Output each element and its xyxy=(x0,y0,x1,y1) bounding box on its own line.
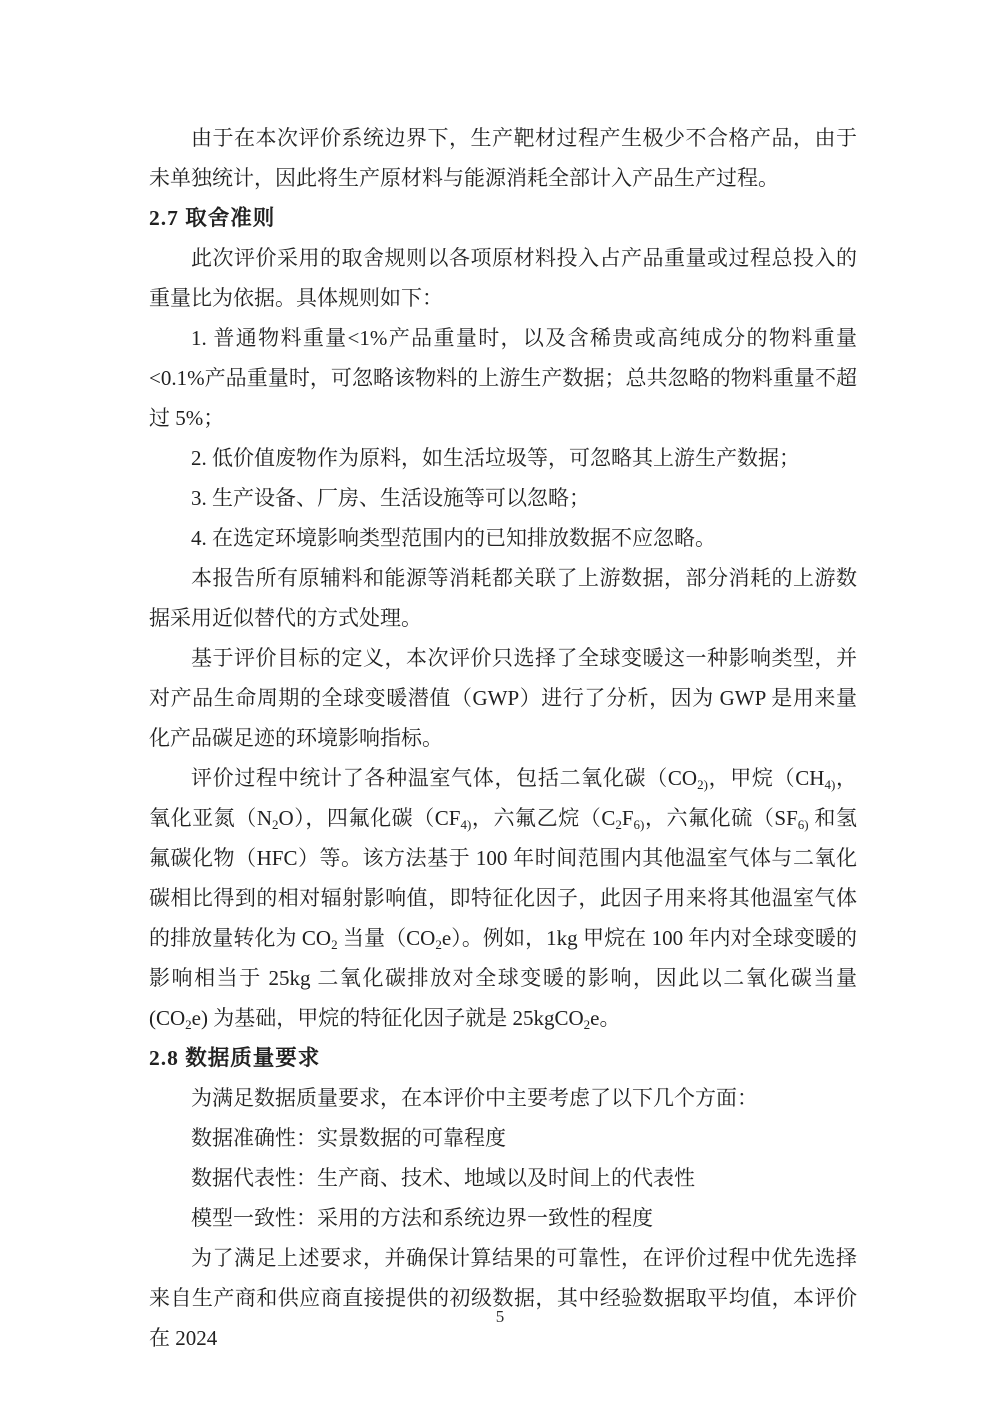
para-data-representativeness: 数据代表性：生产商、技术、地域以及时间上的代表性 xyxy=(149,1158,857,1198)
para-data-quality-intro: 为满足数据质量要求，在本评价中主要考虑了以下几个方面： xyxy=(149,1078,857,1118)
section-heading-2-8: 2.8 数据质量要求 xyxy=(149,1038,857,1078)
para-upstream-data: 本报告所有原辅料和能源等消耗都关联了上游数据，部分消耗的上游数据采用近似替代的方… xyxy=(149,558,857,638)
page-number: 5 xyxy=(0,1305,1000,1329)
chemical-subscript: 2) xyxy=(697,777,708,792)
chemical-subscript: 6) xyxy=(798,817,809,832)
document-page: 由于在本次评价系统边界下，生产靶材过程产生极少不合格产品，由于未单独统计，因此将… xyxy=(0,0,1000,1414)
para-model-consistency: 模型一致性：采用的方法和系统边界一致性的程度 xyxy=(149,1198,857,1238)
para-primary-data-preference: 为了满足上述要求，并确保计算结果的可靠性，在评价过程中优先选择来自生产商和供应商… xyxy=(149,1238,857,1358)
list-item-rule-3: 3. 生产设备、厂房、生活设施等可以忽略； xyxy=(149,478,857,518)
chemical-subscript: 2 xyxy=(615,817,622,832)
para-gwp-selection: 基于评价目标的定义，本次评价只选择了全球变暖这一种影响类型，并对产品生命周期的全… xyxy=(149,638,857,758)
chemical-subscript: 2 xyxy=(435,937,442,952)
chemical-subscript: 4) xyxy=(460,817,471,832)
chemical-subscript: 2 xyxy=(272,817,279,832)
list-item-rule-2: 2. 低价值废物作为原料，如生活垃圾等，可忽略其上游生产数据； xyxy=(149,438,857,478)
chemical-subscript: 2 xyxy=(584,1017,591,1032)
section-heading-2-7: 2.7 取舍准则 xyxy=(149,198,857,238)
chemical-subscript: 2 xyxy=(331,937,338,952)
chemical-subscript: 2 xyxy=(185,1017,192,1032)
chemical-subscript: 6) xyxy=(634,817,645,832)
document-body: 由于在本次评价系统边界下，生产靶材过程产生极少不合格产品，由于未单独统计，因此将… xyxy=(149,118,857,1358)
list-item-rule-4: 4. 在选定环境影响类型范围内的已知排放数据不应忽略。 xyxy=(149,518,857,558)
list-item-rule-1: 1. 普通物料重量<1%产品重量时，以及含稀贵或高纯成分的物料重量<0.1%产品… xyxy=(149,318,857,438)
para-cutoff-rule-basis: 此次评价采用的取舍规则以各项原材料投入占产品重量或过程总投入的重量比为依据。具体… xyxy=(149,238,857,318)
para-greenhouse-gases: 评价过程中统计了各种温室气体，包括二氧化碳（CO2)，甲烷（CH4)，氧化亚氮（… xyxy=(149,758,857,1038)
chemical-subscript: 4) xyxy=(824,777,835,792)
para-data-accuracy: 数据准确性：实景数据的可靠程度 xyxy=(149,1118,857,1158)
para-cutoff-intro-note: 由于在本次评价系统边界下，生产靶材过程产生极少不合格产品，由于未单独统计，因此将… xyxy=(149,118,857,198)
